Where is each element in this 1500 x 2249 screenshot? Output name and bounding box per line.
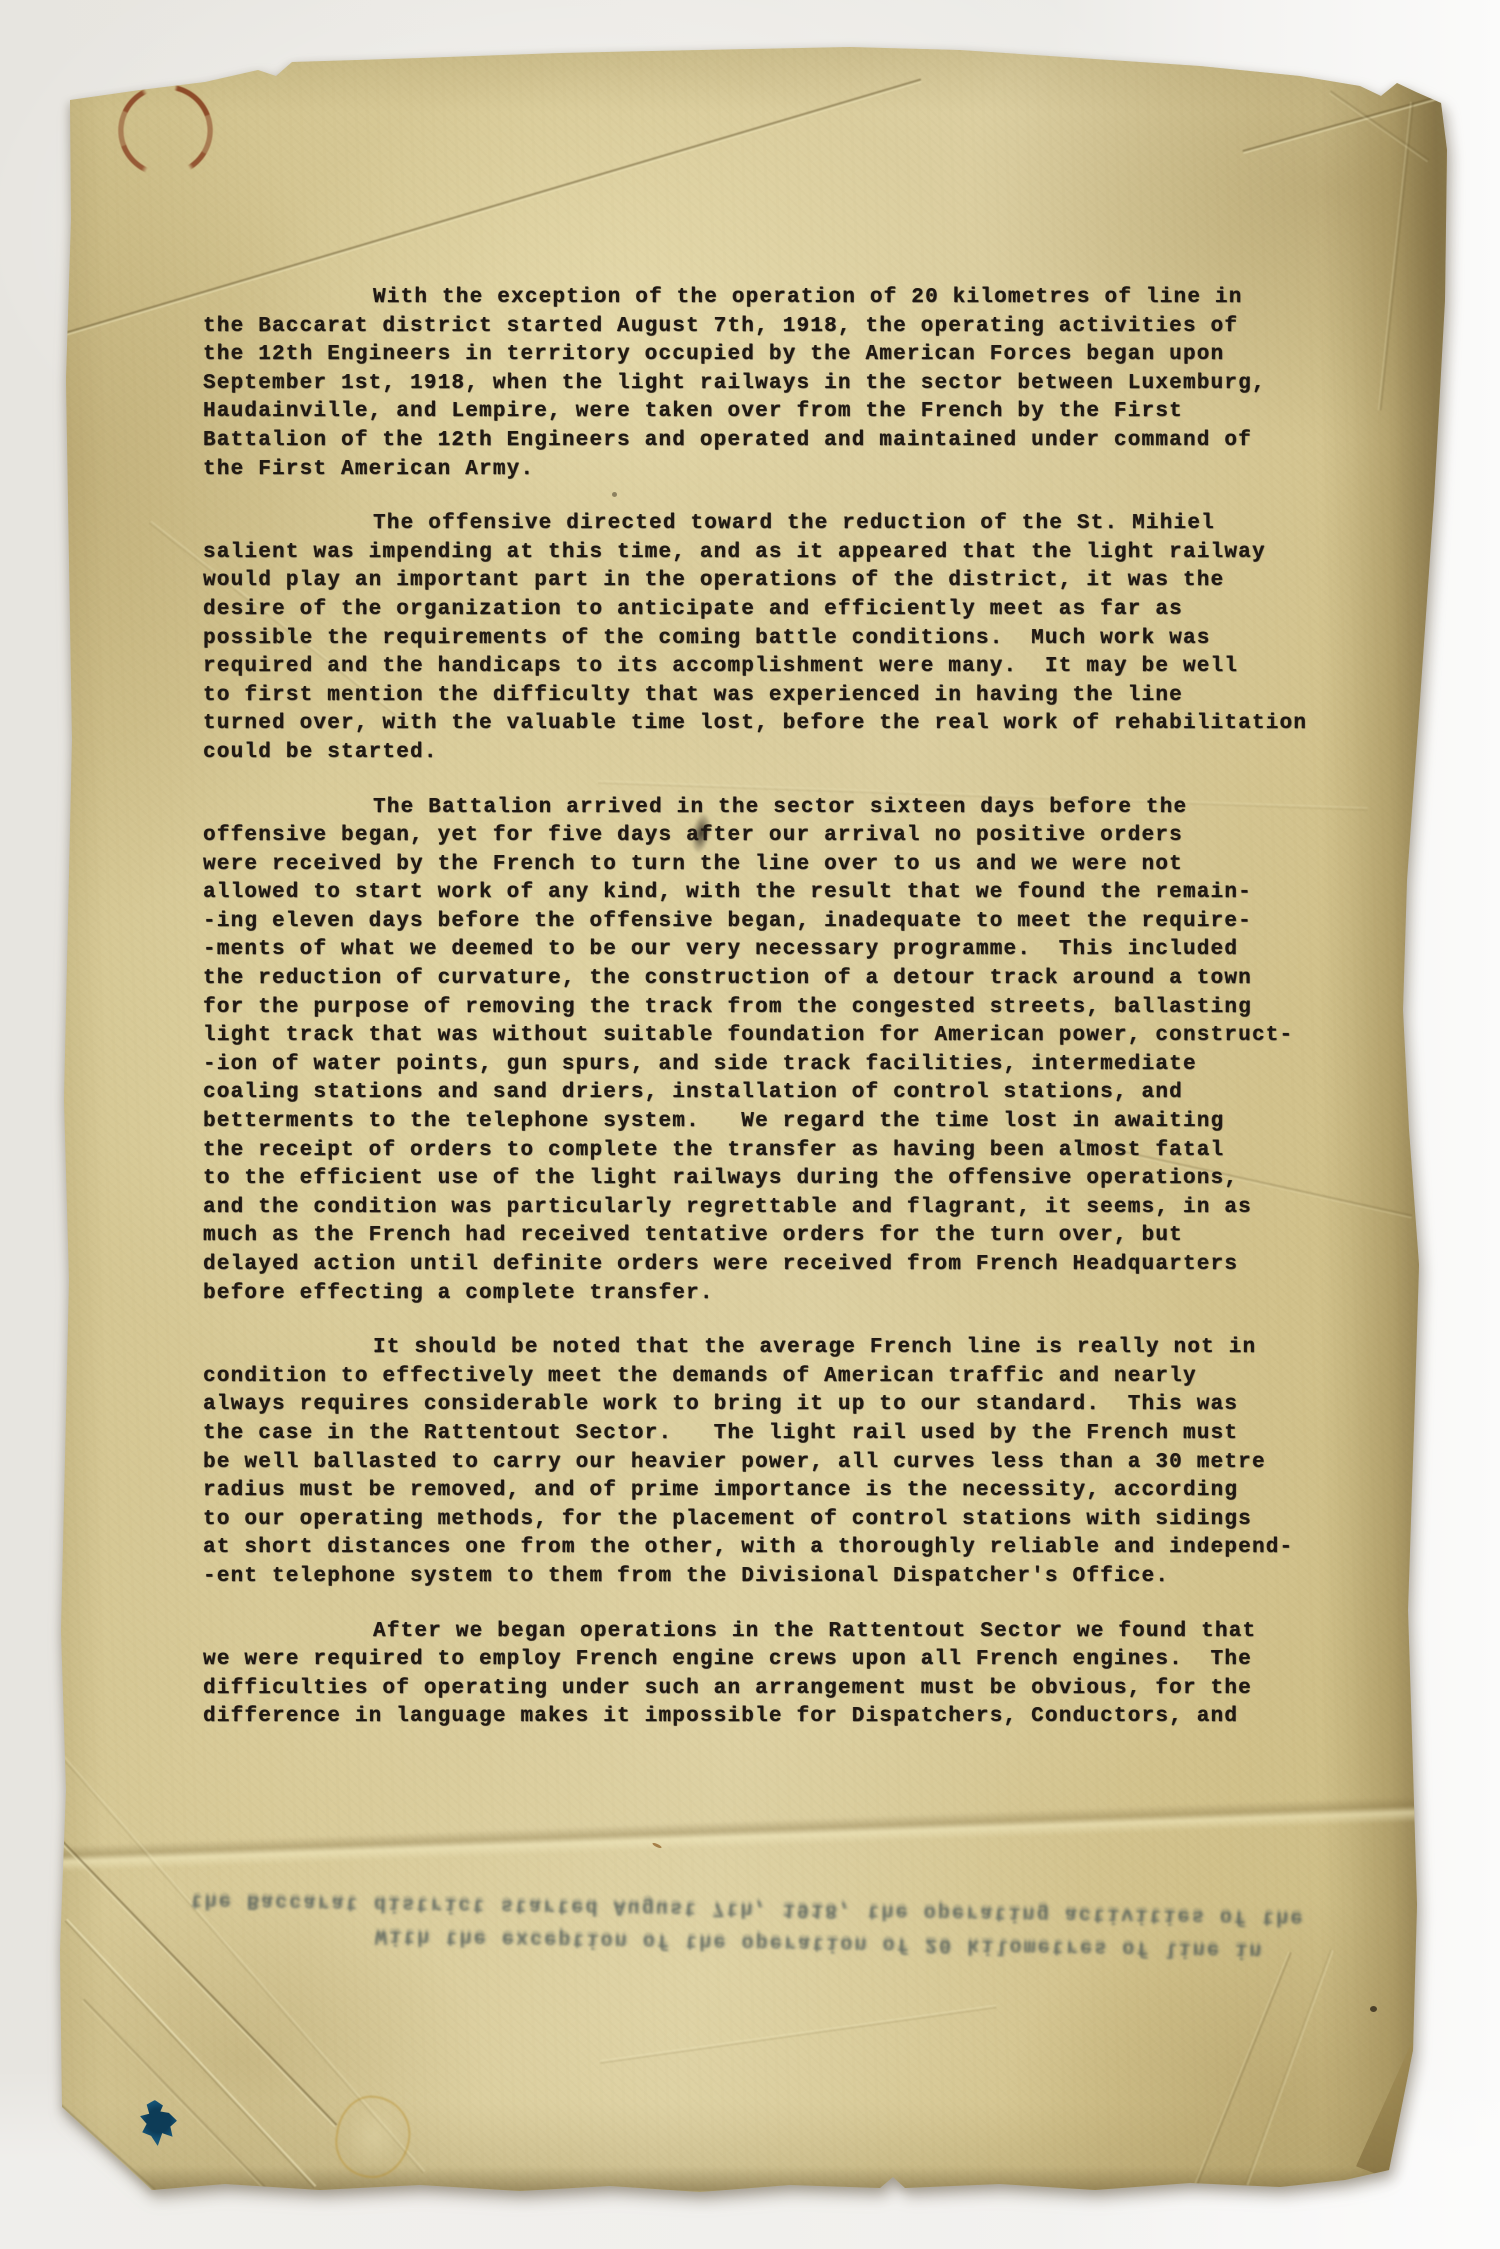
paper-speck	[1370, 2006, 1377, 2012]
scanner-background: With the exception of the operation of 2…	[0, 0, 1500, 2249]
red-circle-stamp	[117, 83, 214, 178]
paragraph: It should be noted that the average Fren…	[203, 1334, 1383, 1591]
typewritten-text: With the exception of the operation of 2…	[203, 284, 1383, 1758]
paragraph: The Battalion arrived in the sector sixt…	[203, 794, 1383, 1309]
paragraph: After we began operations in the Rattent…	[203, 1618, 1383, 1732]
paragraph: The offensive directed toward the reduct…	[203, 510, 1383, 767]
document-page: With the exception of the operation of 2…	[0, 0, 1500, 2249]
paragraph: With the exception of the operation of 2…	[203, 284, 1383, 484]
browned-bottom-edge	[60, 2158, 1410, 2192]
paper-sheet: With the exception of the operation of 2…	[0, 0, 1500, 2249]
